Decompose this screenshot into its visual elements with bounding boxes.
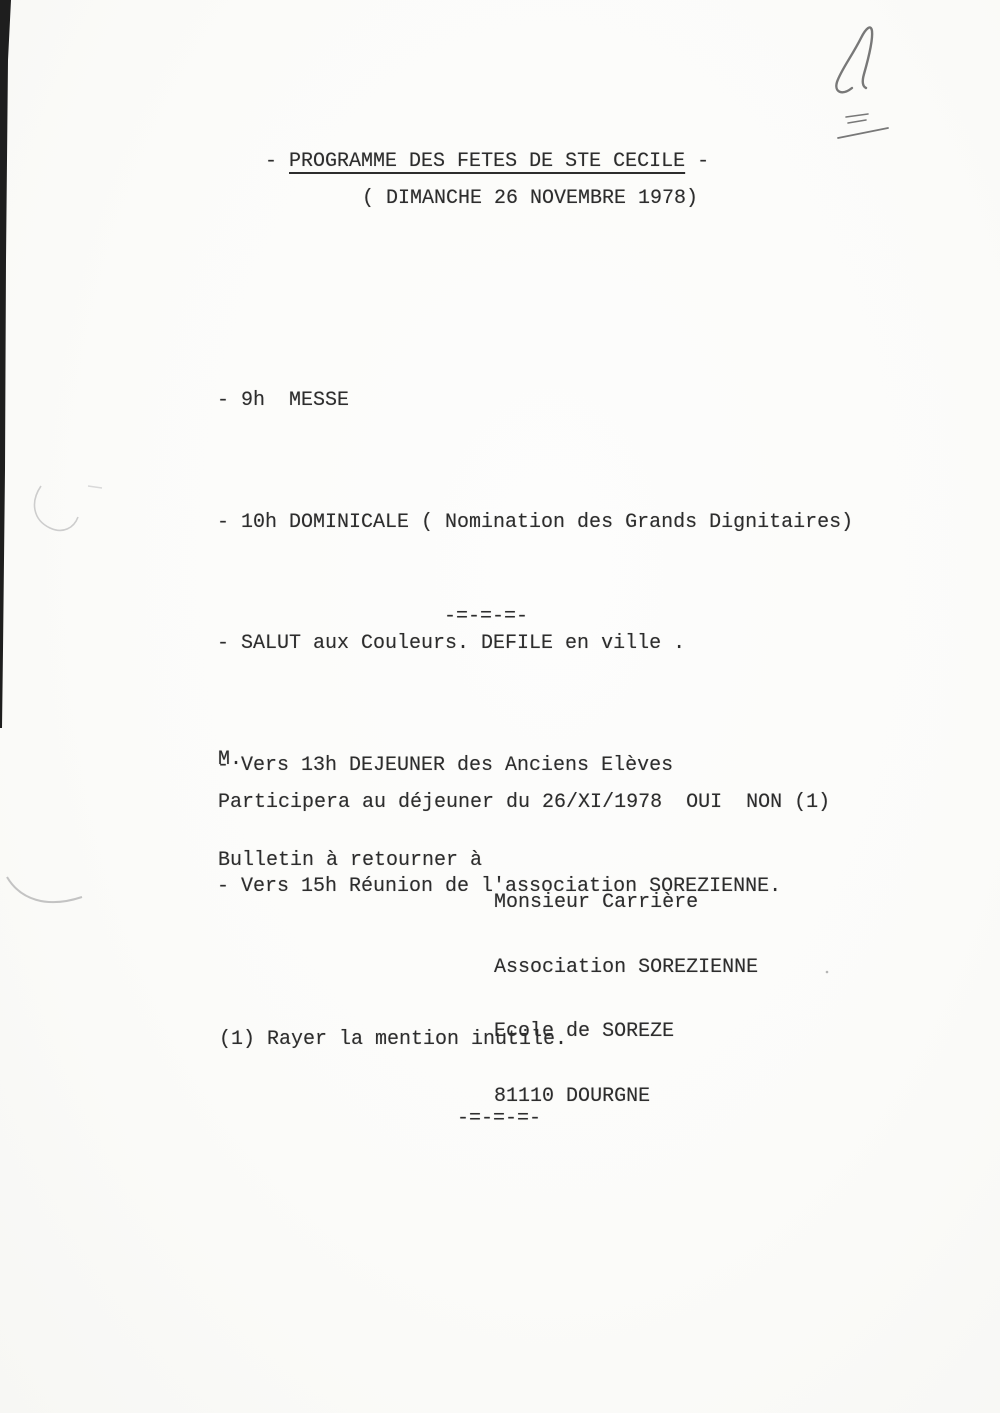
return-address-block: Monsieur Carrière Association SOREZIENNE… xyxy=(494,849,758,1150)
separator-bottom: -=-=-=- xyxy=(457,1107,541,1131)
title-suffix-dash: - xyxy=(685,150,709,173)
address-line-association: Association SOREZIENNE xyxy=(494,957,758,979)
scanner-edge-artifact xyxy=(0,0,11,728)
salutation-name-field: M. xyxy=(218,748,242,772)
participation-line: Participera au déjeuner du 26/XI/1978 OU… xyxy=(218,791,830,815)
schedule-item-salut-defile: - SALUT aux Couleurs. DEFILE en ville . xyxy=(217,624,853,665)
address-line-recipient: Monsieur Carrière xyxy=(494,892,758,914)
schedule-item-dominicale: - 10h DOMINICALE ( Nomination des Grands… xyxy=(217,503,853,544)
handwritten-pencil-mark xyxy=(836,27,888,138)
separator-top: -=-=-=- xyxy=(444,605,528,629)
punch-hole-shadow-curves xyxy=(7,486,102,902)
event-date-subtitle: ( DIMANCHE 26 NOVEMBRE 1978) xyxy=(362,187,698,211)
title-text: PROGRAMME DES FETES DE STE CECILE xyxy=(289,150,685,173)
return-instruction: Bulletin à retourner à xyxy=(218,849,494,873)
footnote: (1) Rayer la mention inutile. xyxy=(219,1028,567,1052)
schedule-item-dejeuner: - Vers 13h DEJEUNER des Anciens Elèves xyxy=(217,746,853,787)
address-line-city: 81110 DOURGNE xyxy=(494,1086,758,1108)
return-address-row: Bulletin à retourner à Monsieur Carrière… xyxy=(218,849,758,1150)
title-prefix-dash: - xyxy=(265,150,289,173)
schedule-item-messe: - 9h MESSE xyxy=(217,381,853,422)
scanned-document-page: - PROGRAMME DES FETES DE STE CECILE - ( … xyxy=(0,0,1000,1413)
